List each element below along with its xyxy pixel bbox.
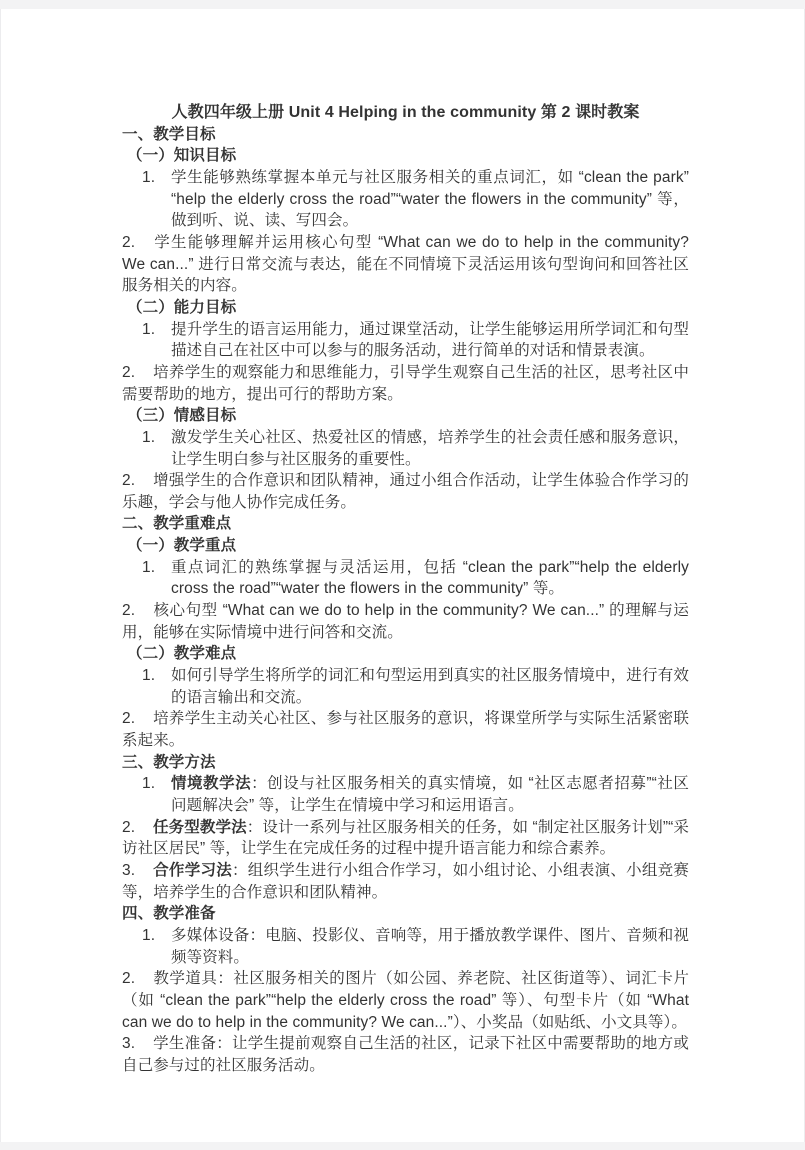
list-item: 1.情境教学法：创设与社区服务相关的真实情境，如 “社区志愿者招募”“社区问题解… [122,773,689,816]
list-marker: 1. [142,167,155,189]
list-marker: 1. [142,773,155,795]
text-run: 情境教学法 [171,775,251,792]
list-item: 1.学生能够熟练掌握本单元与社区服务相关的重点词汇，如 “clean the p… [122,167,689,232]
text-run: 一、教学目标 [122,126,216,143]
list-marker: 3. [122,860,153,882]
list-item: 1.多媒体设备：电脑、投影仪、音响等，用于播放教学课件、图片、音频和视频等资料。 [122,925,689,968]
heading: （二）教学难点 [122,643,689,665]
list-item: 1.激发学生关心社区、热爱社区的情感，培养学生的社会责任感和服务意识，让学生明白… [122,427,689,470]
list-item: 1.重点词汇的熟练掌握与灵活运用，包括 “clean the park”“hel… [122,557,689,600]
list-marker: 2. [122,232,153,254]
list-item: 2.任务型教学法：设计一系列与社区服务相关的任务，如 “制定社区服务计划”“采访… [122,817,689,860]
heading: 三、教学方法 [122,752,689,774]
text-run: 培养学生主动关心社区、参与社区服务的意识，将课堂所学与实际生活紧密联系起来。 [122,710,689,749]
heading: （一）教学重点 [122,535,689,557]
text-run: 教学道具：社区服务相关的图片（如公园、养老院、社区街道等）、词汇卡片（如 “cl… [122,970,689,1030]
text-run: （二）能力目标 [127,299,236,316]
list-item: 3.学生准备：让学生提前观察自己生活的社区，记录下社区中需要帮助的地方或自己参与… [122,1033,689,1076]
list-marker: 1. [142,557,155,579]
list-marker: 2. [122,817,153,839]
document-body: 一、教学目标（一）知识目标1.学生能够熟练掌握本单元与社区服务相关的重点词汇，如… [122,124,689,1077]
text-run: （一）教学重点 [127,537,236,554]
list-marker: 2. [122,708,153,730]
list-marker: 1. [142,319,155,341]
heading: （三）情感目标 [122,405,689,427]
heading: （一）知识目标 [122,145,689,167]
list-marker: 2. [122,362,153,384]
document-content: 人教四年级上册 Unit 4 Helping in the community … [1,9,804,1077]
text-run: （三）情感目标 [127,407,236,424]
document-page: 人教四年级上册 Unit 4 Helping in the community … [0,9,805,1142]
text-run: 合作学习法 [153,862,232,879]
list-item: 1.提升学生的语言运用能力，通过课堂活动，让学生能够运用所学词汇和句型描述自己在… [122,319,689,362]
heading: 二、教学重难点 [122,513,689,535]
list-item: 2.培养学生主动关心社区、参与社区服务的意识，将课堂所学与实际生活紧密联系起来。 [122,708,689,751]
list-marker: 1. [142,665,155,687]
list-marker: 2. [122,968,153,990]
list-item: 2.学生能够理解并运用核心句型 “What can we do to help … [122,232,689,297]
text-run: 学生准备：让学生提前观察自己生活的社区，记录下社区中需要帮助的地方或自己参与过的… [122,1035,689,1074]
list-item: 2.增强学生的合作意识和团队精神，通过小组合作活动，让学生体验合作学习的乐趣，学… [122,470,689,513]
document-title: 人教四年级上册 Unit 4 Helping in the community … [122,102,689,124]
text-run: 任务型教学法 [153,819,247,836]
text-run: 四、教学准备 [122,905,216,922]
text-run: 激发学生关心社区、热爱社区的情感，培养学生的社会责任感和服务意识，让学生明白参与… [171,429,689,468]
list-item: 2.教学道具：社区服务相关的图片（如公园、养老院、社区街道等）、词汇卡片（如 “… [122,968,689,1033]
text-run: 多媒体设备：电脑、投影仪、音响等，用于播放教学课件、图片、音频和视频等资料。 [171,927,689,966]
list-marker: 1. [142,925,155,947]
text-run: 三、教学方法 [122,754,216,771]
text-run: 培养学生的观察能力和思维能力，引导学生观察自己生活的社区，思考社区中需要帮助的地… [122,364,689,403]
list-marker: 2. [122,470,153,492]
list-item: 2.培养学生的观察能力和思维能力，引导学生观察自己生活的社区，思考社区中需要帮助… [122,362,689,405]
list-item: 3.合作学习法：组织学生进行小组合作学习，如小组讨论、小组表演、小组竞赛等，培养… [122,860,689,903]
text-run: 如何引导学生将所学的词汇和句型运用到真实的社区服务情境中，进行有效的语言输出和交… [171,667,689,706]
list-marker: 1. [142,427,155,449]
text-run: 二、教学重难点 [122,515,231,532]
text-run: （二）教学难点 [127,645,236,662]
list-marker: 2. [122,600,153,622]
list-marker: 3. [122,1033,153,1055]
text-run: 提升学生的语言运用能力，通过课堂活动，让学生能够运用所学词汇和句型描述自己在社区… [171,321,689,360]
list-item: 1.如何引导学生将所学的词汇和句型运用到真实的社区服务情境中，进行有效的语言输出… [122,665,689,708]
heading: （二）能力目标 [122,297,689,319]
text-run: 核心句型 “What can we do to help in the comm… [122,602,689,641]
text-run: 重点词汇的熟练掌握与灵活运用，包括 “clean the park”“help … [171,559,689,598]
text-run: 学生能够熟练掌握本单元与社区服务相关的重点词汇，如 “clean the par… [171,169,689,229]
heading: 四、教学准备 [122,903,689,925]
list-item: 2.核心句型 “What can we do to help in the co… [122,600,689,643]
text-run: 学生能够理解并运用核心句型 “What can we do to help in… [122,234,689,294]
text-run: （一）知识目标 [127,147,236,164]
text-run: 增强学生的合作意识和团队精神，通过小组合作活动，让学生体验合作学习的乐趣，学会与… [122,472,689,511]
heading: 一、教学目标 [122,124,689,146]
